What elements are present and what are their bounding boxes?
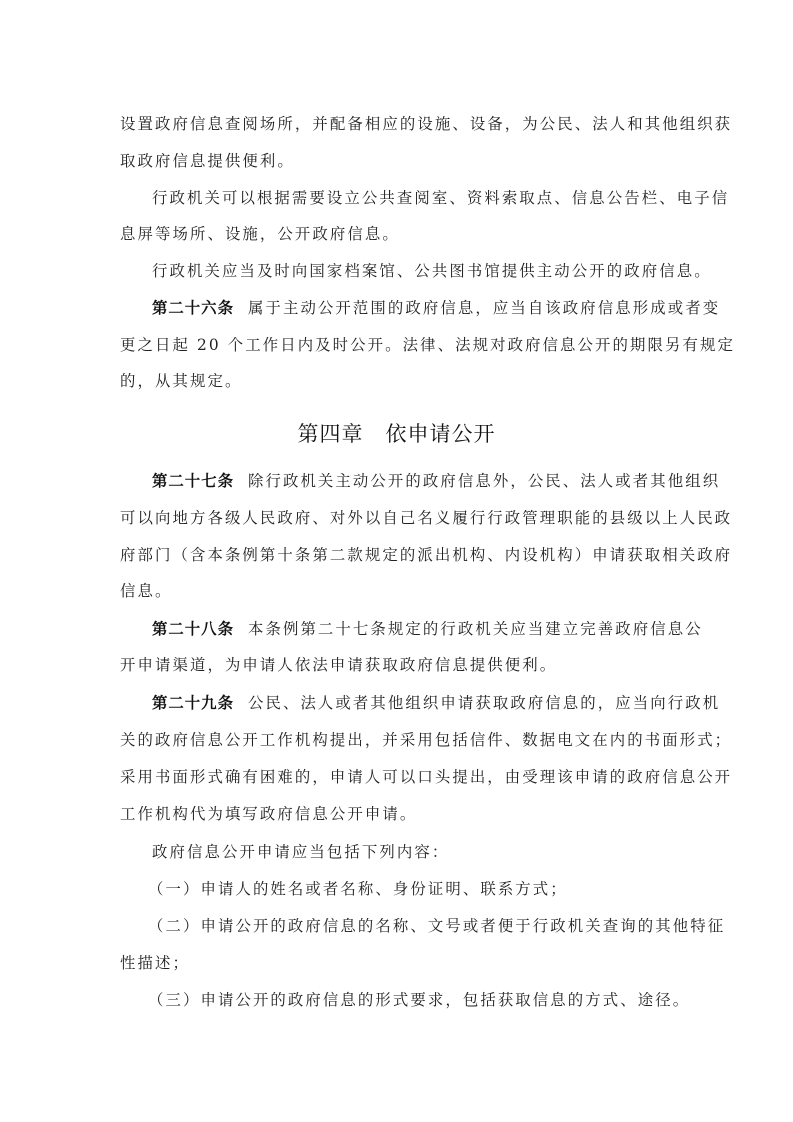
list-item: （三）申请公开的政府信息的形式要求，包括获取信息的方式、途径。 xyxy=(148,990,669,1010)
paragraph-line: 政府信息公开申请应当包括下列内容： xyxy=(152,842,673,862)
paragraph-line: 信息。 xyxy=(120,581,673,601)
paragraph-line: 可以向地方各级人民政府、对外以自己名义履行行政管理职能的县级以上人民政 xyxy=(120,508,673,528)
article-text: 除行政机关主动公开的政府信息外，公民、法人或者其他组织 xyxy=(248,472,720,490)
paragraph-line: 采用书面形式确有困难的，申请人可以口头提出，由受理该申请的政府信息公开 xyxy=(120,767,673,787)
paragraph-line: 行政机关可以根据需要设立公共查阅室、资料索取点、信息公告栏、电子信 xyxy=(152,188,673,208)
article-text: 属于主动公开范围的政府信息，应当自该政府信息形成或者变 xyxy=(248,299,720,317)
paragraph-line: 息屏等场所、设施，公开政府信息。 xyxy=(120,224,673,244)
article-label: 第二十八条 xyxy=(152,620,234,638)
article-27-line: 第二十七条除行政机关主动公开的政府信息外，公民、法人或者其他组织 xyxy=(152,471,673,491)
paragraph-line: 设置政府信息查阅场所，并配备相应的设施、设备，为公民、法人和其他组织获 xyxy=(120,114,673,134)
chapter-heading: 第四章依申请公开 xyxy=(0,418,793,448)
article-label: 第二十九条 xyxy=(152,694,234,712)
article-label: 第二十六条 xyxy=(152,299,234,317)
chapter-number: 第四章 xyxy=(298,422,364,446)
paragraph-line: 行政机关应当及时向国家档案馆、公共图书馆提供主动公开的政府信息。 xyxy=(152,261,673,281)
chapter-title: 依申请公开 xyxy=(386,422,496,446)
list-item: （二）申请公开的政府信息的名称、文号或者便于行政机关查询的其他特征 xyxy=(148,916,673,936)
paragraph-line: 的，从其规定。 xyxy=(120,371,673,391)
article-28-line: 第二十八条本条例第二十七条规定的行政机关应当建立完善政府信息公 xyxy=(152,619,673,639)
paragraph-line: 更之日起 20 个工作日内及时公开。法律、法规对政府信息公开的期限另有规定 xyxy=(120,335,673,355)
article-text: 本条例第二十七条规定的行政机关应当建立完善政府信息公 xyxy=(248,620,703,638)
article-26-line: 第二十六条属于主动公开范围的政府信息，应当自该政府信息形成或者变 xyxy=(152,298,673,318)
paragraph-line: 取政府信息提供便利。 xyxy=(120,151,673,171)
paragraph-line: 关的政府信息公开工作机构提出，并采用包括信件、数据电文在内的书面形式； xyxy=(120,730,673,750)
paragraph-line: 工作机构代为填写政府信息公开申请。 xyxy=(120,804,673,824)
list-item: （一）申请人的姓名或者名称、身份证明、联系方式； xyxy=(148,879,669,899)
document-page: 设置政府信息查阅场所，并配备相应的设施、设备，为公民、法人和其他组织获 取政府信… xyxy=(0,0,793,1122)
paragraph-line: 开申请渠道，为申请人依法申请获取政府信息提供便利。 xyxy=(120,655,673,675)
paragraph-line: 性描述； xyxy=(120,953,673,973)
article-label: 第二十七条 xyxy=(152,472,234,490)
paragraph-line: 府部门（含本条例第十条第二款规定的派出机构、内设机构）申请获取相关政府 xyxy=(120,545,673,565)
article-29-line: 第二十九条公民、法人或者其他组织申请获取政府信息的，应当向行政机 xyxy=(152,693,673,713)
article-text: 公民、法人或者其他组织申请获取政府信息的，应当向行政机 xyxy=(248,694,720,712)
